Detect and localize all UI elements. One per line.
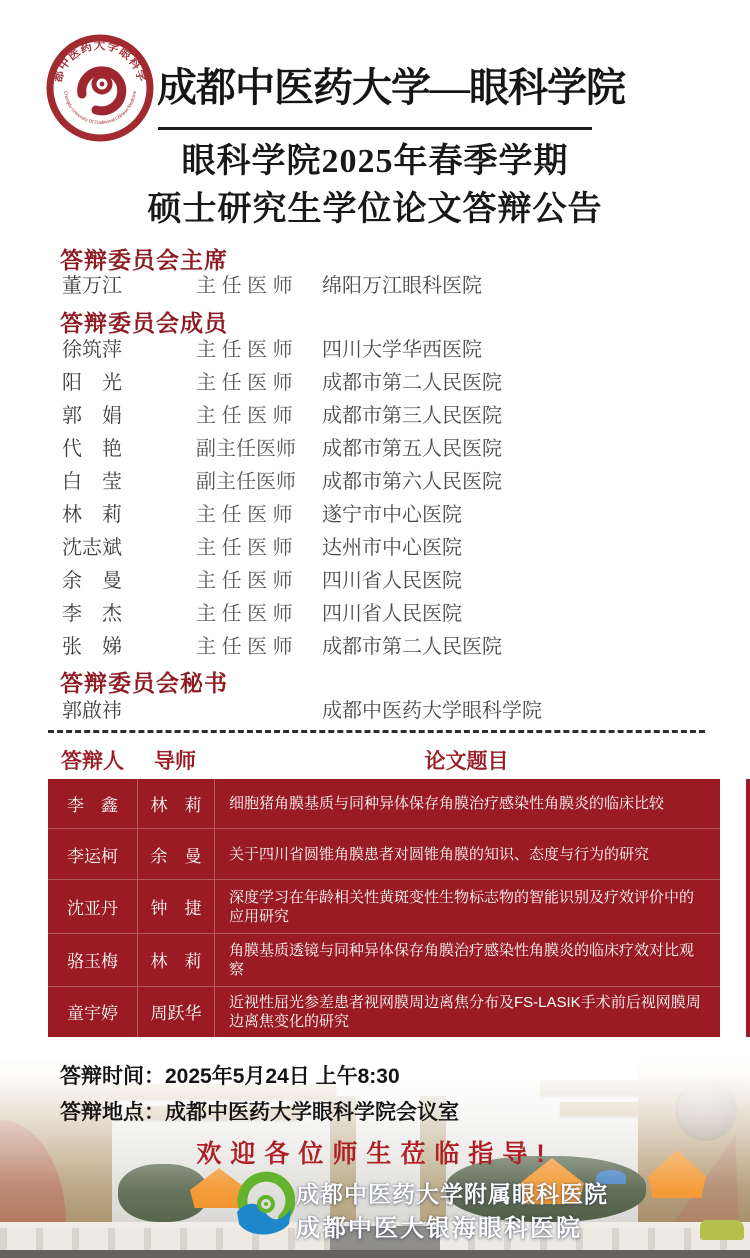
member-title: 主 任 医 师 bbox=[196, 400, 336, 433]
member-name: 余 曼 bbox=[62, 565, 192, 598]
members-list: 徐筑萍 主 任 医 师 四川大学华西医院 阳 光 主 任 医 师 成都市第二人民… bbox=[0, 334, 750, 664]
chair-title: 主 任 医 师 bbox=[196, 270, 336, 303]
member-organization: 达州市中心医院 bbox=[322, 532, 462, 565]
member-name: 阳 光 bbox=[62, 367, 192, 400]
defense-table: 李 鑫 林 莉 细胞猪角膜基质与同种异体保存角膜治疗感染性角膜炎的临床比较 李运… bbox=[48, 779, 720, 1037]
supervisor-cell: 周跃华 bbox=[138, 987, 215, 1037]
member-name: 白 莹 bbox=[62, 466, 192, 499]
defense-venue-line: 答辩地点：成都中医药大学眼科学院会议室 bbox=[60, 1096, 459, 1126]
table-row: 李 鑫 林 莉 细胞猪角膜基质与同种异体保存角膜治疗感染性角膜炎的临床比较 bbox=[48, 779, 720, 828]
table-row: 骆玉梅 林 莉 角膜基质透镜与同种异体保存角膜治疗感染性角膜炎的临床疗效对比观察 bbox=[48, 933, 720, 986]
thesis-title-cell: 细胞猪角膜基质与同种异体保存角膜治疗感染性角膜炎的临床比较 bbox=[215, 779, 720, 828]
chair-row: 董万江 主 任 医 师 绵阳万江眼科医院 bbox=[0, 270, 750, 303]
member-title: 主 任 医 师 bbox=[196, 631, 336, 664]
secretary-section-heading: 答辩委员会秘书 bbox=[60, 665, 228, 698]
member-organization: 四川省人民医院 bbox=[322, 565, 462, 598]
member-row: 徐筑萍 主 任 医 师 四川大学华西医院 bbox=[0, 334, 750, 367]
member-name: 沈志斌 bbox=[62, 532, 192, 565]
hospital-name-line1: 成都中医药大学附属眼科医院 bbox=[296, 1176, 608, 1209]
member-title: 副主任医师 bbox=[196, 466, 336, 499]
member-row: 余 曼 主 任 医 师 四川省人民医院 bbox=[0, 565, 750, 598]
member-name: 徐筑萍 bbox=[62, 334, 192, 367]
defense-announcement-poster: 成都中医药大学眼科学院 Chengdu University Of Tradit… bbox=[0, 0, 750, 1258]
member-organization: 四川大学华西医院 bbox=[322, 334, 482, 367]
hospital-name-line2: 成都中医大银海眼科医院 bbox=[296, 1208, 582, 1243]
supervisor-cell: 钟 捷 bbox=[138, 880, 215, 932]
table-header-candidate: 答辩人 bbox=[48, 745, 137, 775]
member-name: 张 娣 bbox=[62, 631, 192, 664]
member-name: 郭 娟 bbox=[62, 400, 192, 433]
supervisor-cell: 林 莉 bbox=[138, 779, 215, 828]
table-row: 童宇婷 周跃华 近视性屈光参差患者视网膜周边离焦分布及FS-LASIK手术前后视… bbox=[48, 986, 720, 1037]
chair-organization: 绵阳万江眼科医院 bbox=[322, 270, 482, 303]
member-title: 主 任 医 师 bbox=[196, 499, 336, 532]
candidate-cell: 骆玉梅 bbox=[48, 934, 138, 986]
table-row: 沈亚丹 钟 捷 深度学习在年龄相关性黄斑变性生物标志物的智能识别及疗效评价中的应… bbox=[48, 879, 720, 932]
university-name-underline bbox=[158, 127, 592, 130]
member-row: 代 艳 副主任医师 成都市第五人民医院 bbox=[0, 433, 750, 466]
secretary-name: 郭啟祎 bbox=[62, 695, 192, 728]
member-row: 林 莉 主 任 医 师 遂宁市中心医院 bbox=[0, 499, 750, 532]
announcement-title-line1: 眼科学院2025年春季学期 bbox=[0, 133, 750, 182]
member-row: 阳 光 主 任 医 师 成都市第二人民医院 bbox=[0, 367, 750, 400]
member-row: 张 娣 主 任 医 师 成都市第二人民医院 bbox=[0, 631, 750, 664]
table-header-supervisor: 导师 bbox=[137, 745, 213, 775]
defense-venue-value: 成都中医药大学眼科学院会议室 bbox=[165, 1101, 459, 1124]
member-title: 主 任 医 师 bbox=[196, 565, 336, 598]
defense-time-line: 答辩时间：2025年5月24日 上午8:30 bbox=[60, 1060, 400, 1090]
member-row: 李 杰 主 任 医 师 四川省人民医院 bbox=[0, 598, 750, 631]
member-row: 白 莹 副主任医师 成都市第六人民医院 bbox=[0, 466, 750, 499]
member-title: 主 任 医 师 bbox=[196, 598, 336, 631]
candidate-cell: 李 鑫 bbox=[48, 779, 138, 828]
candidate-cell: 沈亚丹 bbox=[48, 880, 138, 932]
member-title: 副主任医师 bbox=[196, 433, 336, 466]
candidate-cell: 童宇婷 bbox=[48, 987, 138, 1037]
university-name: 成都中医药大学—眼科学院 bbox=[157, 56, 607, 113]
announcement-title-line2: 硕士研究生学位论文答辩公告 bbox=[0, 181, 750, 230]
secretary-organization: 成都中医药大学眼科学院 bbox=[322, 695, 542, 728]
member-row: 沈志斌 主 任 医 师 达州市中心医院 bbox=[0, 532, 750, 565]
defense-time-value: 2025年5月24日 上午8:30 bbox=[165, 1065, 400, 1088]
member-name: 李 杰 bbox=[62, 598, 192, 631]
chair-name: 董万江 bbox=[62, 270, 192, 303]
thesis-title-cell: 角膜基质透镜与同种异体保存角膜治疗感染性角膜炎的临床疗效对比观察 bbox=[215, 934, 720, 986]
thesis-title-cell: 近视性屈光参差患者视网膜周边离焦分布及FS-LASIK手术前后视网膜周边离焦变化… bbox=[215, 987, 720, 1037]
right-edge-red-strip bbox=[746, 779, 750, 1037]
table-row: 李运柯 余 曼 关于四川省圆锥角膜患者对圆锥角膜的知识、态度与行为的研究 bbox=[48, 828, 720, 879]
member-title: 主 任 医 师 bbox=[196, 532, 336, 565]
secretary-row: 郭啟祎 成都中医药大学眼科学院 bbox=[0, 695, 750, 728]
defense-time-label: 答辩时间： bbox=[60, 1065, 165, 1088]
university-seal-logo-icon: 成都中医药大学眼科学院 Chengdu University Of Tradit… bbox=[46, 34, 154, 142]
supervisor-cell: 林 莉 bbox=[138, 934, 215, 986]
member-title: 主 任 医 师 bbox=[196, 367, 336, 400]
member-organization: 成都市第三人民医院 bbox=[322, 400, 502, 433]
welcome-message: 欢迎各位师生莅临指导! bbox=[0, 1134, 750, 1170]
member-title: 主 任 医 师 bbox=[196, 334, 336, 367]
thesis-title-cell: 深度学习在年龄相关性黄斑变性生物标志物的智能识别及疗效评价中的应用研究 bbox=[215, 880, 720, 932]
member-organization: 遂宁市中心医院 bbox=[322, 499, 462, 532]
member-organization: 成都市第二人民医院 bbox=[322, 631, 502, 664]
table-header-thesis: 论文题目 bbox=[213, 745, 720, 775]
defense-venue-label: 答辩地点： bbox=[60, 1101, 165, 1124]
yinhai-eye-hospital-logo-icon bbox=[233, 1168, 295, 1246]
member-organization: 成都市第五人民医院 bbox=[322, 433, 502, 466]
dashed-divider bbox=[48, 730, 705, 733]
candidate-cell: 李运柯 bbox=[48, 829, 138, 879]
member-name: 代 艳 bbox=[62, 433, 192, 466]
member-organization: 成都市第六人民医院 bbox=[322, 466, 502, 499]
member-organization: 四川省人民医院 bbox=[322, 598, 462, 631]
thesis-title-cell: 关于四川省圆锥角膜患者对圆锥角膜的知识、态度与行为的研究 bbox=[215, 829, 720, 879]
member-name: 林 莉 bbox=[62, 499, 192, 532]
member-organization: 成都市第二人民医院 bbox=[322, 367, 502, 400]
supervisor-cell: 余 曼 bbox=[138, 829, 215, 879]
member-row: 郭 娟 主 任 医 师 成都市第三人民医院 bbox=[0, 400, 750, 433]
